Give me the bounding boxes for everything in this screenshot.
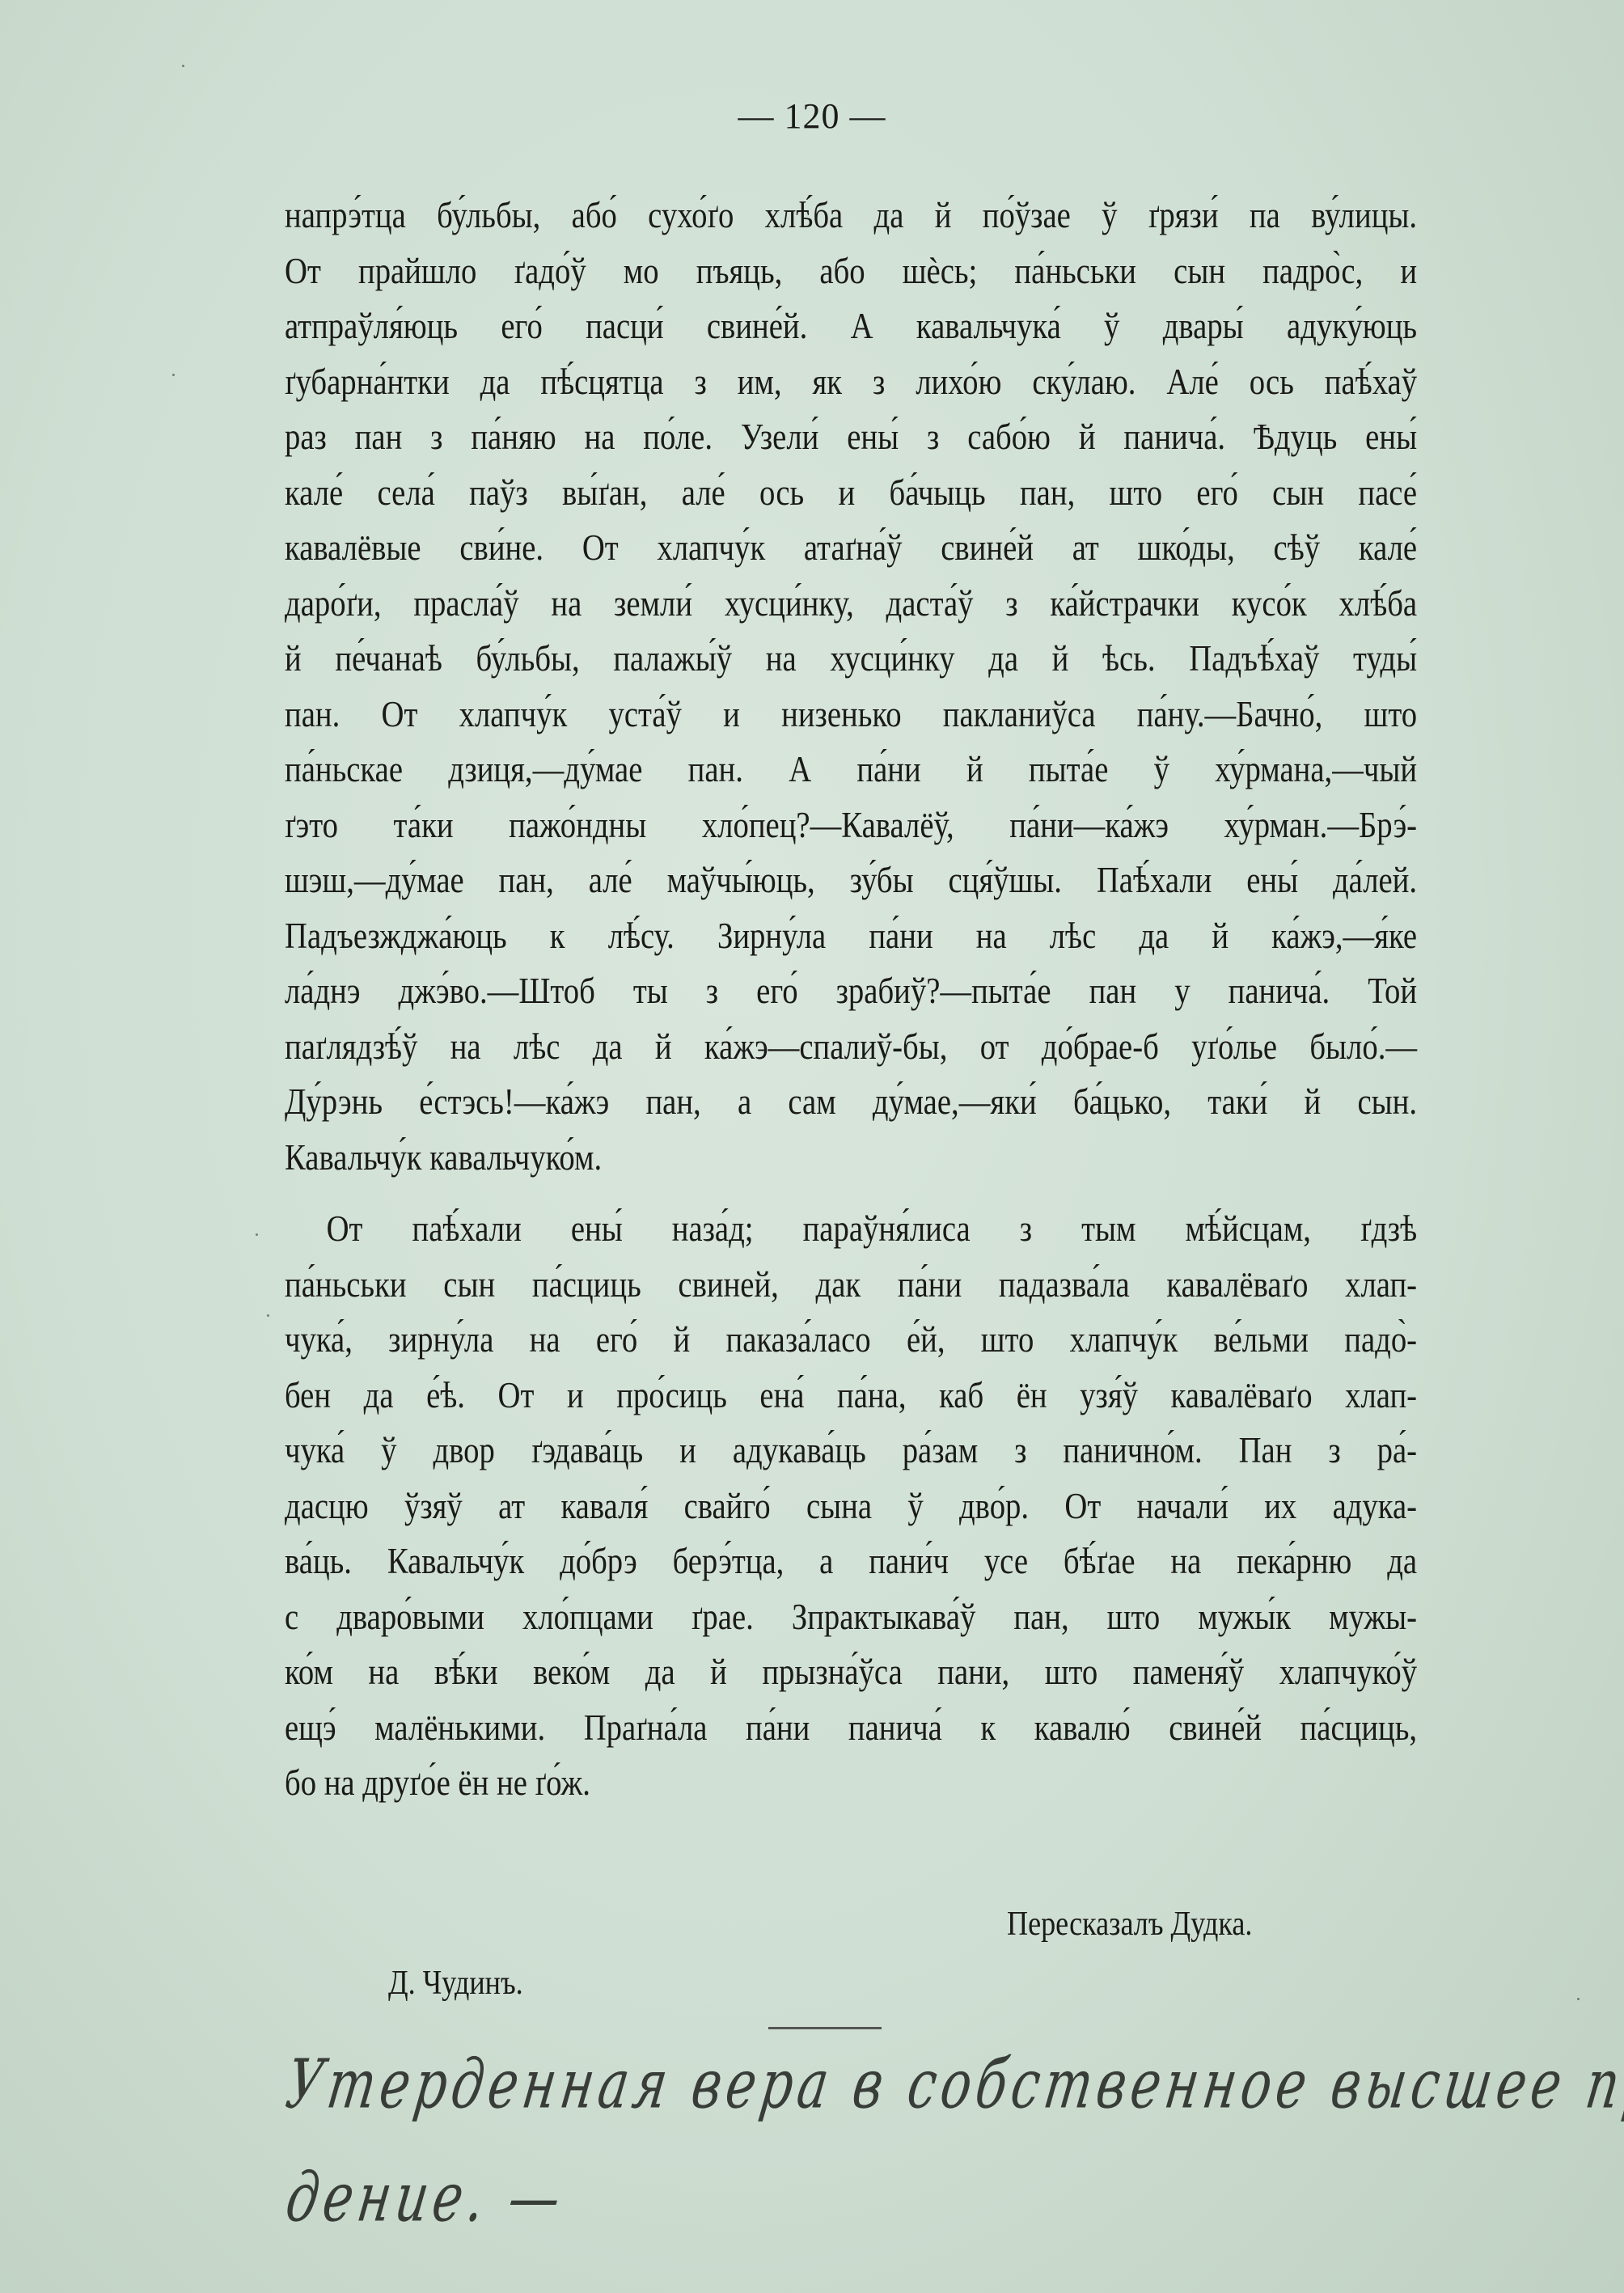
paragraph-gap: [285, 1185, 1417, 1201]
text-line: кавалёвые сви́не. От хлапчу́к атаґна́ў с…: [285, 520, 1417, 576]
scanned-page: — 120 — напрэ́тца бу́льбы, або́ сухо́ґо …: [0, 0, 1624, 2293]
text-line: па́ньскае дзиця,—ду́мае пан. А па́ни й п…: [285, 742, 1417, 797]
text-line: От прайшло ґадо́ў мо пъяць, або шѐсь; па…: [285, 243, 1417, 299]
text-line: ещэ́ малёнькими. Праґна́ла па́ни панича́…: [285, 1700, 1417, 1756]
body-text: напрэ́тца бу́льбы, або́ сухо́ґо хлѣ́ба д…: [285, 188, 1417, 1811]
text-line: Падъезжджа́юць к лѣ́су. Зирну́ла па́ни н…: [285, 908, 1417, 964]
text-line: бен да е́ѣ. От и про́сиць ена́ па́на, ка…: [285, 1368, 1417, 1424]
text-line: От паѣ́хали ены́ наза́д; параўня́лиса з …: [285, 1201, 1417, 1257]
separator-rule: [768, 2027, 882, 2029]
text-line: дасцю ўзяў ат каваля́ свайго́ сына ў дво…: [285, 1479, 1417, 1534]
paragraph-1: напрэ́тца бу́льбы, або́ сухо́ґо хлѣ́ба д…: [285, 188, 1417, 1185]
text-line: кале́ села́ паўз вы́ґан, але́ ось и ба́ч…: [285, 465, 1417, 521]
text-line: даро́ґи, прасла́ў на земли́ хусци́нку, д…: [285, 576, 1417, 632]
signature-author: Д. Чудинъ.: [388, 1964, 523, 2003]
text-line: напрэ́тца бу́льбы, або́ сухо́ґо хлѣ́ба д…: [285, 188, 1417, 243]
text-line: Кавальчу́к кавальчуко́м.: [285, 1130, 1417, 1186]
text-line: Ду́рэнь е́стэсь!—ка́жэ пан, а сам ду́мае…: [285, 1074, 1417, 1130]
text-line: бо на друґо́е ён не ґо́ж.: [285, 1755, 1417, 1811]
text-line: чука́ ў двор ґэдава́ць и адукава́ць ра́з…: [285, 1423, 1417, 1479]
text-line: пан. От хлапчу́к уста́ў и низенько пакла…: [285, 687, 1417, 742]
paper-speck: [172, 374, 175, 376]
handwritten-note-line-1: Утерденная вера в собственное высшее про…: [281, 2044, 1624, 2124]
text-line: ла́днэ джэ́во.—Штоб ты з его́ зрабиў?—пы…: [285, 963, 1417, 1019]
page-number: — 120 —: [0, 95, 1624, 137]
text-line: ва́ць. Кавальчу́к до́брэ берэ́тца, а пан…: [285, 1534, 1417, 1589]
text-line: ґэто та́ки пажо́ндны хло́пец?—Кавалёў, п…: [285, 797, 1417, 853]
text-line: ґубарна́нтки да пѣ́сцятца з им, як з лих…: [285, 354, 1417, 410]
paragraph-2: От паѣ́хали ены́ наза́д; параўня́лиса з …: [285, 1201, 1417, 1811]
text-line: ко́м на вѣ́ки веко́м да й прызна́ўса пан…: [285, 1644, 1417, 1700]
paper-speck: [256, 1233, 258, 1236]
text-line: чука́, зирну́ла на его́ й паказа́ласо е́…: [285, 1312, 1417, 1368]
paper-speck: [1577, 1998, 1580, 2000]
text-line: с дваро́выми хло́пцами ґрае. Зпрактыкава…: [285, 1589, 1417, 1645]
text-line: паґлядзѣ́ў на лѣс да й ка́жэ—спалиў-бы, …: [285, 1019, 1417, 1075]
paper-speck: [182, 65, 184, 67]
text-line: па́ньськи сын па́сциць свиней, дак па́ни…: [285, 1257, 1417, 1313]
signature-narrator: Пересказалъ Дудка.: [1007, 1905, 1252, 1944]
paper-speck: [267, 1314, 269, 1317]
text-line: атпраўля́юць его́ пасци́ свине́й. А кава…: [285, 298, 1417, 354]
text-line: шэш,—ду́мае пан, але́ маўчы́юць, зу́бы с…: [285, 852, 1417, 908]
handwritten-note-line-2: дение. —: [281, 2157, 570, 2237]
text-line: й пе́чанаѣ бу́льбы, палажы́ў на хусци́нк…: [285, 631, 1417, 687]
text-line: раз пан з па́няю на по́ле. Узели́ ены́ з…: [285, 409, 1417, 465]
